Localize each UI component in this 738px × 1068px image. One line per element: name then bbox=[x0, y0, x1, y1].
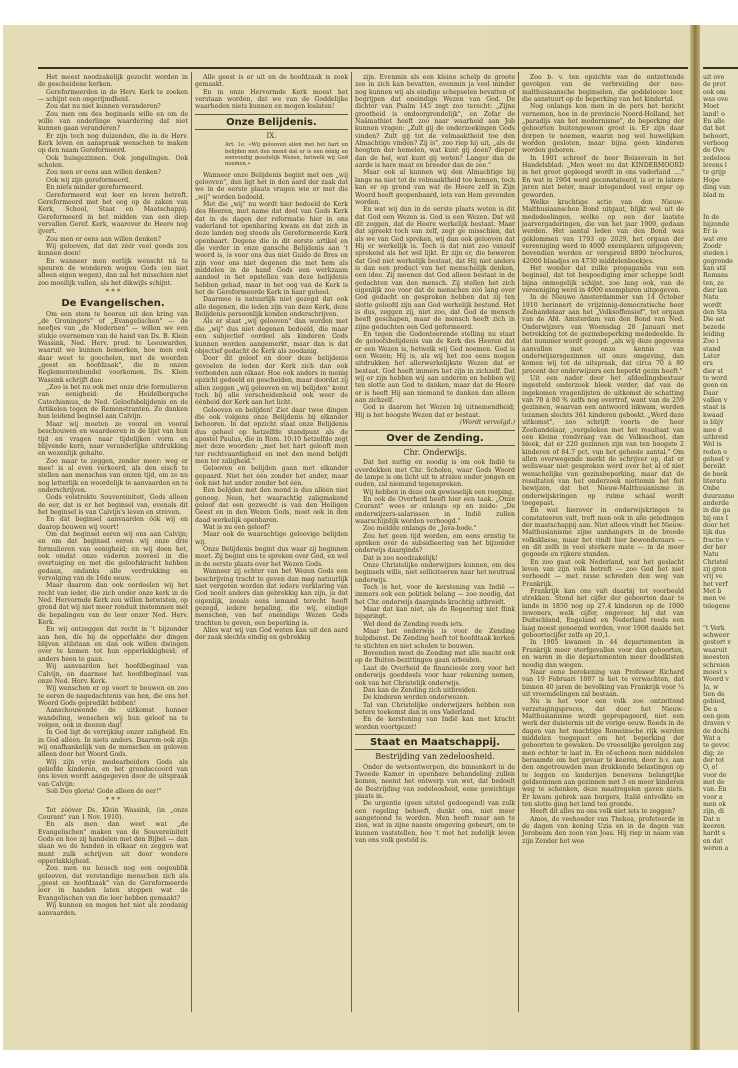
paragraph: Soli Deo gloria! Gode alleen de eer!" bbox=[38, 788, 188, 795]
heading-onze-belijdenis: Onze Belijdenis. bbox=[195, 119, 348, 126]
text-fragment: den Sta bbox=[703, 309, 738, 316]
column-divider bbox=[351, 72, 352, 1012]
paragraph: En ook de Overheid heeft hier een taak. … bbox=[355, 496, 515, 525]
column-4: Zoo b. v. ten opzichte van de ontzettend… bbox=[522, 74, 684, 845]
article-de-evangelischen-conclusion: Tot zóóver Ds. Klein Wassink, (in „onze … bbox=[38, 807, 188, 917]
text-fragment: wat ove bbox=[703, 236, 738, 243]
text-fragment: keeren bbox=[703, 823, 738, 830]
paragraph: Dan kan de Zending zich uitbreiden. bbox=[355, 687, 515, 694]
text-fragment: en dat bbox=[703, 838, 738, 845]
column-divider bbox=[191, 72, 192, 1012]
paragraph: Wij gelooven, dat dat zéér veel goeds zo… bbox=[38, 243, 188, 258]
to-be-continued: (Wordt vervolgd.) bbox=[355, 419, 515, 426]
paragraph: Als er staat „wij gelooven" dan worden m… bbox=[195, 318, 348, 355]
article-de-evangelischen: Om een stem te hooren uit den kring van … bbox=[38, 311, 188, 796]
paragraph: Gereformeerden in de Herv. Kerk te zoeke… bbox=[38, 89, 188, 104]
text-fragment: Natu bbox=[703, 294, 738, 301]
text-fragment: kwaad bbox=[703, 412, 738, 419]
top-rule bbox=[38, 67, 688, 69]
text-fragment: Er is bbox=[703, 228, 738, 235]
paragraph: Zou het geen tijd worden, om eens ernsti… bbox=[355, 533, 515, 555]
paragraph: Nu is het voor een volk zoo ontzettend v… bbox=[522, 698, 684, 808]
text-fragment: geheel v bbox=[703, 456, 738, 463]
paragraph: Uit een nader door het afdeelingsbestuur… bbox=[522, 375, 684, 507]
paragraph: De urgentie (geen uitstel gedoogend) van… bbox=[355, 800, 515, 844]
article-number: IX. bbox=[195, 133, 348, 140]
text-fragment: O, o! bbox=[703, 764, 738, 771]
text-fragment: de boek bbox=[703, 471, 738, 478]
paragraph: Onze Christelijke onderwijzers kunnen, o… bbox=[355, 562, 515, 584]
top-rule-right bbox=[703, 67, 738, 69]
paragraph: Ook huisgezinnen. Ook jongelingen. Ook s… bbox=[38, 155, 188, 170]
text-fragment: En alle bbox=[703, 118, 738, 125]
paragraph: zijn. Evenmin als een kleine schelp de g… bbox=[355, 74, 515, 169]
paragraph: Amos, de veehoeder van Thekoa, profeteer… bbox=[522, 816, 684, 845]
paragraph: Tot zóóver Ds. Klein Wassink, (in „onze … bbox=[38, 807, 188, 822]
paragraph: Gelooven en belijden! Ziet daar twee din… bbox=[195, 407, 348, 466]
text-fragment: der tot bbox=[703, 757, 738, 764]
heading-over-de-zending: Over de Zending. bbox=[355, 435, 515, 442]
paragraph: Er zijn toch nog duizenden, die in de He… bbox=[38, 133, 188, 155]
text-fragment: tien de bbox=[703, 691, 738, 698]
subheading-bestrijding-van-zedeloosheid: Bestrijding van zedeloosheid. bbox=[355, 753, 515, 760]
divider bbox=[195, 129, 348, 130]
text-fragment: moesten bbox=[703, 654, 738, 661]
column-divider bbox=[518, 72, 519, 1012]
paragraph: Gereformeerd wat leer en leven betreft. … bbox=[38, 192, 188, 236]
divider bbox=[355, 430, 515, 431]
text-fragment: Zoo i bbox=[703, 338, 738, 345]
text-fragment: bezede bbox=[703, 324, 738, 331]
paragraph: Maar wij moeten ze vooral en vooral besc… bbox=[38, 421, 188, 458]
article-onze-belijdenis: Wanneer onze Belijdenis begint met een „… bbox=[195, 172, 348, 642]
text-fragment: de prot bbox=[703, 81, 738, 88]
text-fragment: ers bbox=[703, 360, 738, 367]
text-fragment: fractie v bbox=[703, 537, 738, 544]
paragraph: In 1901 schreef de heer Boissevain in he… bbox=[522, 155, 684, 199]
paragraph: Wat is nu een geloof? bbox=[195, 524, 348, 531]
text-fragment: behoort, bbox=[703, 133, 738, 140]
text-fragment: ten, ze bbox=[703, 280, 738, 287]
text-fragment: ook om bbox=[703, 89, 738, 96]
text-fragment: weren a bbox=[703, 845, 738, 852]
text-fragment: het verf bbox=[703, 581, 738, 588]
paragraph: Om een stem te hooren uit den kring van … bbox=[38, 311, 188, 384]
text-fragment: dier lan bbox=[703, 287, 738, 294]
paragraph: Wij kunnen en mogen het niet als zoodani… bbox=[38, 902, 188, 917]
text-fragment: De a bbox=[703, 706, 738, 713]
paragraph: Toch is het, voor de kerstening van Indi… bbox=[355, 584, 515, 606]
text-fragment: Wel is bbox=[703, 441, 738, 448]
text-fragment: Ja, w bbox=[703, 684, 738, 691]
text-fragment: "t Verk bbox=[703, 625, 738, 632]
text-fragment bbox=[703, 206, 738, 213]
text-fragment: vrij ve bbox=[703, 573, 738, 580]
text-fragment: men ok bbox=[703, 801, 738, 808]
paragraph: Met die „wij" nu wordt hier bedoeld de K… bbox=[195, 201, 348, 296]
paragraph: Wanneer zij echter van het Wezen Gods ee… bbox=[195, 568, 348, 627]
text-fragment: Onbe bbox=[703, 485, 738, 492]
text-fragment: de Ove bbox=[703, 147, 738, 154]
column-1: Het meest noodzakelijk gezocht worden in… bbox=[38, 74, 188, 917]
paragraph: En als men dan weet wat „de Evangelische… bbox=[38, 821, 188, 865]
heading-staat-en-maatschappij: Staat en Maatschappij. bbox=[355, 739, 515, 746]
text-fragment: In de bbox=[703, 214, 738, 221]
text-fragment: door het bbox=[703, 522, 738, 529]
paragraph: Onder de wetsontwerpen, die binnenkort i… bbox=[355, 764, 515, 801]
paragraph: Naar eene berekening van Professor Richa… bbox=[522, 669, 684, 698]
text-fragment: te word bbox=[703, 375, 738, 382]
text-fragment: lijk dus bbox=[703, 529, 738, 536]
column-1-intro: Het meest noodzakelijk gezocht worden in… bbox=[38, 74, 188, 287]
text-fragment: leiding bbox=[703, 331, 738, 338]
heading-de-evangelischen: De Evangelischen. bbox=[38, 300, 188, 307]
paragraph: En wij ontzeggen dat recht in 't bijzond… bbox=[38, 626, 188, 663]
column-5-fragment: uit ovede protook omwas oveMoetland! oEn… bbox=[703, 74, 738, 852]
text-fragment: Zoodr bbox=[703, 243, 738, 250]
text-fragment bbox=[703, 199, 738, 206]
text-fragment: men ve bbox=[703, 595, 738, 602]
paragraph: Zou men om des beginsels wille en om de … bbox=[38, 111, 188, 133]
text-fragment: zijn, di bbox=[703, 808, 738, 815]
text-fragment: hardt s bbox=[703, 830, 738, 837]
article-quote: Art. 1e: «Wij gelooven allen met het har… bbox=[225, 142, 348, 167]
right-page-fragments: uit ovede protook omwas oveMoetland! oEn… bbox=[703, 74, 738, 852]
text-fragment: duurzame bbox=[703, 493, 738, 500]
paragraph: Het meest noodzakelijk gezocht worden in… bbox=[38, 74, 188, 89]
paragraph: En tegen die Godonteerende stelling nu s… bbox=[355, 331, 515, 404]
paragraph: Heeft dit alles nu ons volk niet iets te… bbox=[522, 808, 684, 815]
section-separator: * * * bbox=[38, 797, 188, 804]
paragraph: Daarmee is natuurlijk niet gezegd dat oo… bbox=[195, 296, 348, 318]
text-fragment: voor de bbox=[703, 772, 738, 779]
text-fragment: een gem bbox=[703, 713, 738, 720]
text-fragment: gestort v bbox=[703, 639, 738, 646]
text-fragment: stand bbox=[703, 346, 738, 353]
subheading-chr-onderwijs: Chr. Onderwijs. bbox=[355, 449, 515, 456]
text-fragment: levens l bbox=[703, 162, 738, 169]
paragraph: Zoo maar te zeggen, zonder meer: weg er … bbox=[38, 458, 188, 495]
paragraph: Welke krachtige actie van den Nieuw-Malt… bbox=[522, 199, 684, 265]
text-fragment: te grijp bbox=[703, 169, 738, 176]
section-separator: * * * bbox=[38, 289, 188, 296]
text-fragment: waaruit bbox=[703, 647, 738, 654]
paragraph: Zoo b. v. ten opzichte van de ontzettend… bbox=[522, 74, 684, 103]
text-fragment: geen en bbox=[703, 382, 738, 389]
paragraph: Gelooven en belijden gaan met elkander g… bbox=[195, 465, 348, 487]
text-fragment: bereikt bbox=[703, 463, 738, 470]
paragraph: En zoo gaat ook Nederland, wat het gesla… bbox=[522, 559, 684, 588]
paragraph: Maar dat kan niet, als de Regeering niet… bbox=[355, 606, 515, 621]
paragraph: Alle geest is er uit en de hoofdzaak is … bbox=[195, 74, 348, 89]
divider bbox=[355, 734, 515, 735]
page-fold-gutter bbox=[690, 25, 700, 1050]
paragraph: Maar ook de waarachtige geloovige belijd… bbox=[195, 531, 348, 546]
paragraph: Dat is zoo noodzakelijk! bbox=[355, 555, 515, 562]
text-fragment: Woord v bbox=[703, 676, 738, 683]
paragraph: Wij wenschen er op voort te bouwen en zo… bbox=[38, 685, 188, 707]
article-bestrijding-zedeloosheid-continued: Zoo b. v. ten opzichte van de ontzettend… bbox=[522, 74, 684, 845]
article-chr-onderwijs: Dat het nuttig en noodig is om ook Indië… bbox=[355, 459, 515, 731]
paragraph: Wij zijn vrije medearbeiders Gods als ge… bbox=[38, 759, 188, 788]
text-fragment: Later bbox=[703, 353, 738, 360]
column-2-intro: Alle geest is er uit en de hoofdzaak is … bbox=[195, 74, 348, 111]
paragraph: Maar daarom dan ook oordeelen wij het re… bbox=[38, 582, 188, 626]
text-fragment: zij gron bbox=[703, 566, 738, 573]
text-fragment: mee d bbox=[703, 427, 738, 434]
text-fragment: Hope bbox=[703, 177, 738, 184]
text-fragment: uit ove bbox=[703, 74, 738, 81]
paragraph: En de kerstening van Indië kan met krach… bbox=[355, 716, 515, 731]
paragraph: Het wonder dat zulke propaganda van een … bbox=[522, 265, 684, 294]
text-fragment: Die sat bbox=[703, 316, 738, 323]
paragraph: En niets minder gereformeerd. bbox=[38, 184, 188, 191]
text-fragment: dier st bbox=[703, 368, 738, 375]
paragraph: Een belijden met den mond is dus alléén … bbox=[195, 487, 348, 524]
column-2: Alle geest is er uit en de hoofdzaak is … bbox=[195, 74, 348, 642]
text-fragment: der her bbox=[703, 544, 738, 551]
paragraph: Zou dat nu niet kunnen veranderen? bbox=[38, 103, 188, 110]
text-fragment: wordt bbox=[703, 302, 738, 309]
text-fragment: staat is bbox=[703, 404, 738, 411]
text-fragment: kan stil bbox=[703, 265, 738, 272]
divider bbox=[355, 749, 515, 750]
paragraph: Gods volstrekte Souvereiniteit, Gods all… bbox=[38, 494, 188, 516]
text-fragment: Natu bbox=[703, 551, 738, 558]
paragraph: De kinderen worden onderwezen. bbox=[355, 694, 515, 701]
paragraph: „Zoo is het nu ook met onze drie formuli… bbox=[38, 384, 188, 421]
text-fragment: Christel bbox=[703, 559, 738, 566]
paragraph: En in onze Hervormde Kerk moest het vers… bbox=[195, 89, 348, 111]
text-fragment: Wat a bbox=[703, 735, 738, 742]
paragraph: In God ligt de verrijking onzer zalighei… bbox=[38, 729, 188, 758]
text-fragment: Dat n bbox=[703, 816, 738, 823]
text-fragment: land! o bbox=[703, 111, 738, 118]
paragraph: Zou men nu heusch nog een oogenblik gelo… bbox=[38, 865, 188, 902]
text-fragment: van. En bbox=[703, 786, 738, 793]
text-fragment: Romans bbox=[703, 272, 738, 279]
text-fragment: gegronde bbox=[703, 258, 738, 265]
paragraph: En dát beginsel aanvaarden óók wij en da… bbox=[38, 516, 188, 531]
text-fragment: is blijv bbox=[703, 419, 738, 426]
text-fragment: met de bbox=[703, 779, 738, 786]
paragraph: Frankrijk kan ons valt daarbij tot voorb… bbox=[522, 588, 684, 639]
text-fragment: anderde bbox=[703, 500, 738, 507]
text-fragment: Met b bbox=[703, 588, 738, 595]
paragraph: Wel deed de Zending reeds iets. bbox=[355, 621, 515, 628]
text-fragment: reden o bbox=[703, 449, 738, 456]
divider bbox=[355, 445, 515, 446]
text-fragment: Daar bbox=[703, 390, 738, 397]
text-fragment: was ove bbox=[703, 96, 738, 103]
paragraph: Wij hebben in deze ook gewisselijk een r… bbox=[355, 489, 515, 496]
paragraph: Onze Belijdenis begint dus waar zij begi… bbox=[195, 546, 348, 568]
text-fragment: te gevoc bbox=[703, 742, 738, 749]
paragraph: Bovendien moet de Zending met alle macht… bbox=[355, 650, 515, 665]
text-fragment: in die ga bbox=[703, 507, 738, 514]
text-fragment: schweer bbox=[703, 632, 738, 639]
paragraph: Zoo meldde onlangs de „Java-bode." bbox=[355, 525, 515, 532]
paragraph: In de Nieuwe Amsterdammer van 14 October… bbox=[522, 294, 684, 375]
paragraph: Nog onlangs kon men in de pers het beric… bbox=[522, 103, 684, 154]
text-fragment: zedeloos bbox=[703, 155, 738, 162]
text-fragment: verhoog bbox=[703, 140, 738, 147]
text-fragment: literatu bbox=[703, 478, 738, 485]
paragraph: En wanneer men eerlijk wenscht nâ te spe… bbox=[38, 258, 188, 287]
text-fragment: ding van bbox=[703, 184, 738, 191]
text-fragment: bijzonde bbox=[703, 221, 738, 228]
text-fragment: de dochi bbox=[703, 728, 738, 735]
paragraph: Door dit geloof en door deze belijdenis … bbox=[195, 355, 348, 406]
text-fragment bbox=[703, 610, 738, 617]
text-fragment: dig; ze bbox=[703, 750, 738, 757]
text-fragment: vallen v bbox=[703, 397, 738, 404]
text-fragment bbox=[703, 617, 738, 624]
text-fragment: blad m bbox=[703, 192, 738, 199]
text-fragment: telegene bbox=[703, 603, 738, 610]
paragraph: Zou men er eens aan willen denken? bbox=[38, 236, 188, 243]
text-fragment: voor a bbox=[703, 794, 738, 801]
paragraph: Wanneer onze Belijdenis begint met een „… bbox=[195, 172, 348, 201]
paragraph: Laat de Overheid de financieele zorg voo… bbox=[355, 665, 515, 687]
text-fragment: gebied, bbox=[703, 698, 738, 705]
paragraph: Alles wat wij van God weten kan uit den … bbox=[195, 627, 348, 642]
text-fragment: steden i bbox=[703, 250, 738, 257]
text-fragment: bij ons I bbox=[703, 515, 738, 522]
paragraph: En wat hierover in onderwijskringen te c… bbox=[522, 507, 684, 558]
paragraph: Tal van Christelijke onderwijzers hebben… bbox=[355, 702, 515, 717]
column-3: zijn. Evenmin als een kleine schelp de g… bbox=[355, 74, 515, 844]
paragraph: Om dat beginsel eeren wij ons aan Calvij… bbox=[38, 531, 188, 582]
text-fragment: draven v bbox=[703, 720, 738, 727]
paragraph: Dat het nuttig en noodig is om ook Indië… bbox=[355, 459, 515, 488]
text-fragment: dat het bbox=[703, 125, 738, 132]
text-fragment: moest s bbox=[703, 669, 738, 676]
paragraph: God is daarom het Wezen bij uitnemendhei… bbox=[355, 404, 515, 419]
text-fragment: schreien bbox=[703, 662, 738, 669]
paragraph: Maar het onderwijs is voor de Zending hu… bbox=[355, 628, 515, 650]
paragraph: Aanschouwende de uitkomst hunner wandeli… bbox=[38, 707, 188, 729]
paragraph: Ook wij zijn gereformeerd. bbox=[38, 177, 188, 184]
paragraph: In 1905 kwamen in 44 departementen in Fr… bbox=[522, 639, 684, 668]
divider bbox=[195, 114, 348, 115]
paragraph: Wij aanvaarden het hoofdbeginsel van Cal… bbox=[38, 663, 188, 685]
paragraph: Maar ook al kunnen wij den Almachtige bi… bbox=[355, 169, 515, 206]
article-bestrijding-zedeloosheid: Onder de wetsontwerpen, die binnenkort i… bbox=[355, 764, 515, 845]
paragraph: Zou men er eens aan willen denken? bbox=[38, 169, 188, 176]
text-fragment: Moet bbox=[703, 103, 738, 110]
text-fragment: uitbreid bbox=[703, 434, 738, 441]
paragraph: En wat wij dan in de eerste plaats weten… bbox=[355, 206, 515, 331]
article-onze-belijdenis-continued: zijn. Evenmin als een kleine schelp de g… bbox=[355, 74, 515, 419]
